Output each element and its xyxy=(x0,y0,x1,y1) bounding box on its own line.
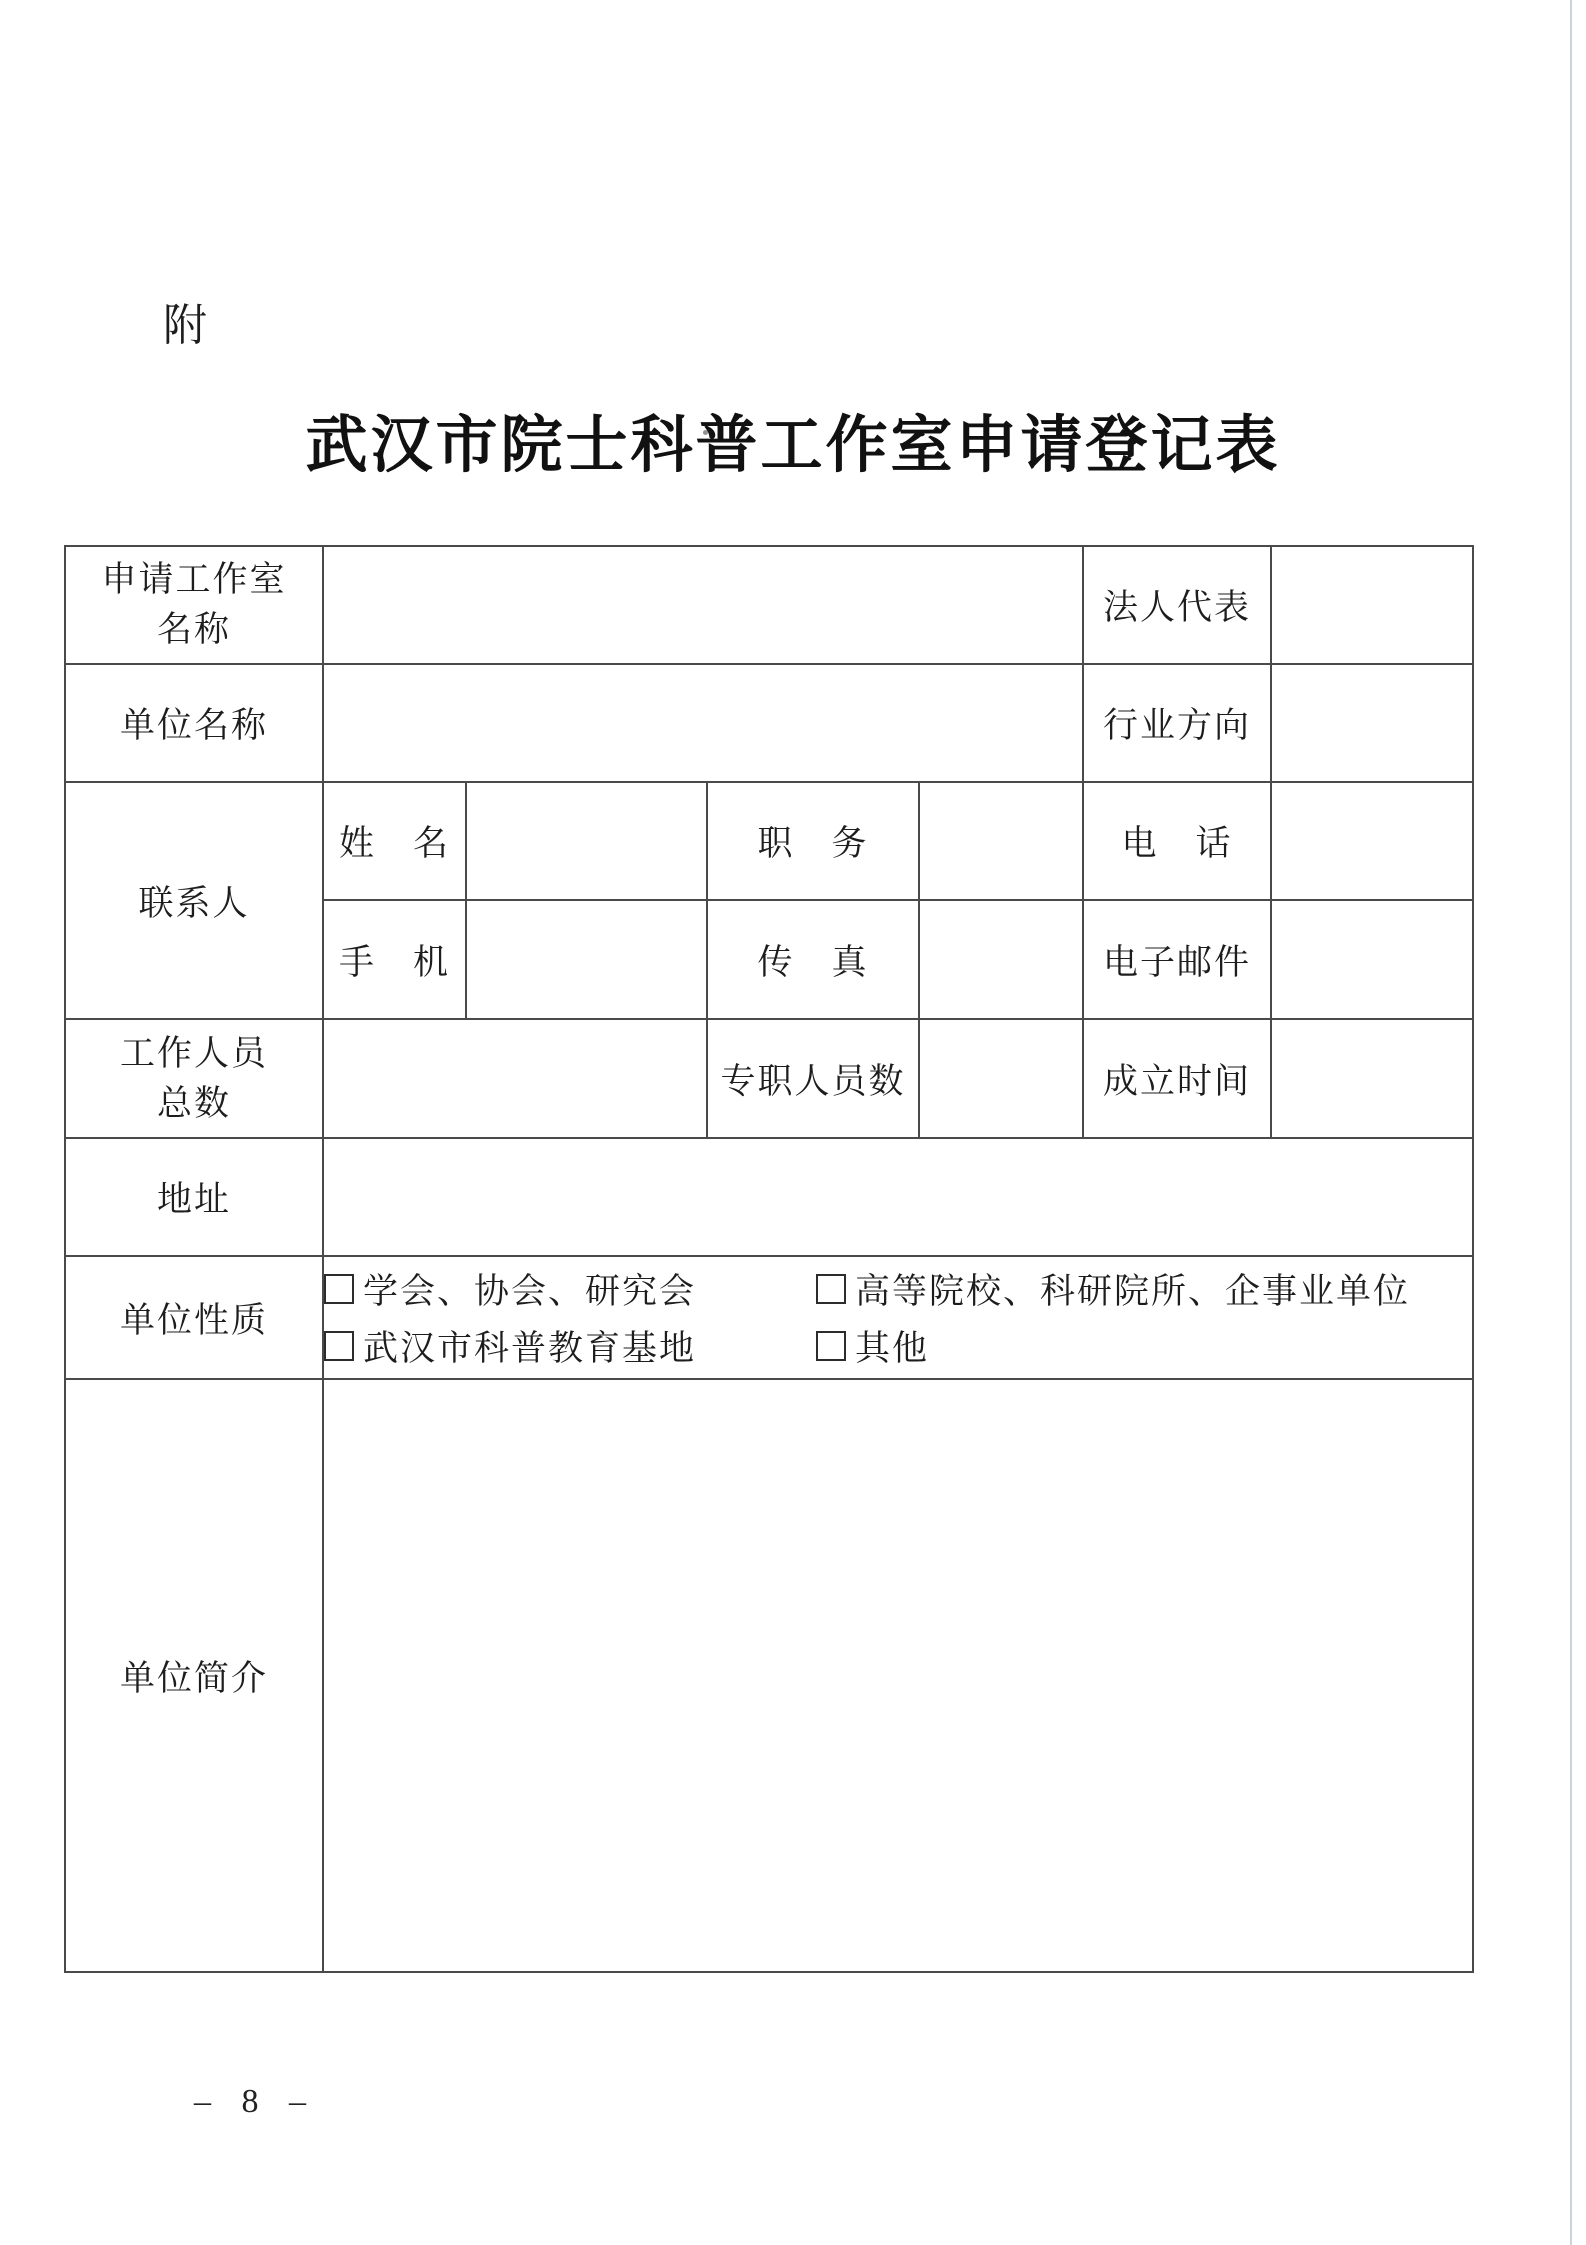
field-legal-representative xyxy=(1271,546,1473,664)
label-workroom-name: 申请工作室 名称 xyxy=(65,546,323,664)
label-contact-mobile: 手 机 xyxy=(323,900,466,1019)
page-title: 武汉市院士科普工作室申请登记表 xyxy=(0,412,1586,480)
document-page: 附 武汉市院士科普工作室申请登记表 申请工作室 名称 法人代表 单位名称 行业方… xyxy=(0,0,1586,2245)
label-contact-phone: 电 话 xyxy=(1083,782,1271,900)
field-contact-email xyxy=(1271,900,1473,1019)
field-fulltime-staff xyxy=(919,1019,1083,1138)
checkbox-icon xyxy=(324,1274,354,1304)
checkbox-icon xyxy=(816,1331,846,1361)
label-staff-total-line2: 总数 xyxy=(66,1079,322,1129)
field-address xyxy=(323,1138,1473,1256)
page-number: – 8 – xyxy=(194,2083,311,2121)
field-contact-fax xyxy=(919,900,1083,1019)
label-staff-total: 工作人员 总数 xyxy=(65,1019,323,1138)
option-society-label: 学会、协会、研究会 xyxy=(363,1264,696,1314)
row-contact-name: 联系人 姓 名 职 务 电 话 xyxy=(65,782,1473,900)
label-address: 地址 xyxy=(65,1138,323,1256)
label-legal-representative: 法人代表 xyxy=(1083,546,1271,664)
row-unit-name: 单位名称 行业方向 xyxy=(65,664,1473,782)
label-staff-total-line1: 工作人员 xyxy=(66,1029,322,1079)
label-unit-name: 单位名称 xyxy=(65,664,323,782)
field-workroom-name xyxy=(323,546,1083,664)
field-contact-mobile xyxy=(466,900,707,1019)
label-founding-time: 成立时间 xyxy=(1083,1019,1271,1138)
unit-nature-options-line1: 学会、协会、研究会 高等院校、科研院所、企事业单位 xyxy=(324,1264,1472,1314)
label-unit-nature: 单位性质 xyxy=(65,1256,323,1379)
row-workroom-name: 申请工作室 名称 法人代表 xyxy=(65,546,1473,664)
checkbox-icon xyxy=(324,1331,354,1361)
field-unit-nature-options: 学会、协会、研究会 高等院校、科研院所、企事业单位 武汉市科普教育基地 其他 xyxy=(323,1256,1473,1379)
row-unit-nature: 单位性质 学会、协会、研究会 高等院校、科研院所、企事业单位 武汉市科普 xyxy=(65,1256,1473,1379)
option-science-base: 武汉市科普教育基地 xyxy=(324,1321,816,1371)
row-unit-intro: 单位简介 xyxy=(65,1379,1473,1972)
label-contact-fax: 传 真 xyxy=(707,900,919,1019)
option-university-institute-label: 高等院校、科研院所、企事业单位 xyxy=(855,1264,1410,1314)
label-unit-intro: 单位简介 xyxy=(65,1379,323,1972)
option-other-label: 其他 xyxy=(855,1321,929,1371)
row-staff-total: 工作人员 总数 专职人员数 成立时间 xyxy=(65,1019,1473,1138)
checkbox-icon xyxy=(816,1274,846,1304)
option-science-base-label: 武汉市科普教育基地 xyxy=(363,1321,696,1371)
label-contact-email: 电子邮件 xyxy=(1083,900,1271,1019)
field-contact-name xyxy=(466,782,707,900)
field-staff-total xyxy=(323,1019,707,1138)
option-other: 其他 xyxy=(816,1321,929,1371)
label-industry-direction: 行业方向 xyxy=(1083,664,1271,782)
label-contact-person: 联系人 xyxy=(65,782,323,1019)
label-workroom-name-line1: 申请工作室 xyxy=(66,555,322,605)
application-form-table: 申请工作室 名称 法人代表 单位名称 行业方向 联系人 姓 名 职 务 电 话 … xyxy=(64,545,1474,1973)
label-workroom-name-line2: 名称 xyxy=(66,605,322,655)
option-society: 学会、协会、研究会 xyxy=(324,1264,816,1314)
field-unit-intro xyxy=(323,1379,1473,1972)
unit-nature-options-line2: 武汉市科普教育基地 其他 xyxy=(324,1321,1472,1371)
label-fulltime-staff: 专职人员数 xyxy=(707,1019,919,1138)
field-unit-name xyxy=(323,664,1083,782)
option-university-institute: 高等院校、科研院所、企事业单位 xyxy=(816,1264,1410,1314)
scan-page-edge xyxy=(1570,0,1572,2245)
attachment-label: 附 xyxy=(163,300,208,352)
field-industry-direction xyxy=(1271,664,1473,782)
field-founding-time xyxy=(1271,1019,1473,1138)
label-contact-position: 职 务 xyxy=(707,782,919,900)
label-contact-name: 姓 名 xyxy=(323,782,466,900)
field-contact-position xyxy=(919,782,1083,900)
scan-artifact-dot xyxy=(703,430,708,435)
field-contact-phone xyxy=(1271,782,1473,900)
row-address: 地址 xyxy=(65,1138,1473,1256)
